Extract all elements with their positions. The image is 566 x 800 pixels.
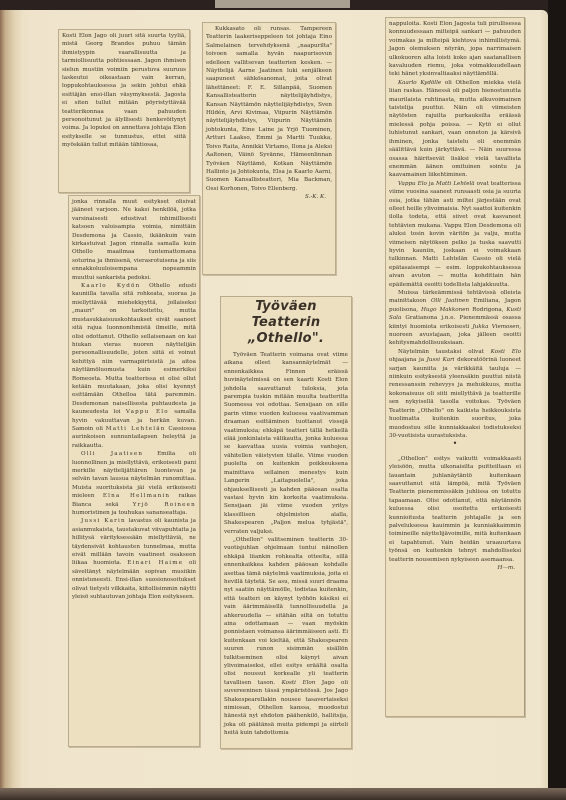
signature: H—m.	[389, 564, 521, 572]
person-name: Hugo Makkonen	[421, 307, 469, 313]
article-paragraph: Näytelmän taustaksi olivat Kosti Elo ohj…	[389, 348, 521, 440]
article-paragraph: Kaarlo Kydölle oli Othellon miekka vielä…	[389, 79, 521, 180]
person-name: Jukka Viemosen	[473, 324, 520, 330]
clipping-paragraph: Olli Jaatisen Emilia oli luonnollinen ja…	[72, 450, 196, 517]
person-name: Olli Jaatisen	[81, 451, 143, 457]
scan-bottom-edge	[0, 788, 566, 800]
clipping-left-top: Kosti Elon Jago oli juuri sitä suurta ty…	[58, 29, 190, 193]
person-name: Olli Jaatinen	[431, 298, 469, 304]
person-name: Einari Haime	[127, 560, 183, 566]
clipping-middle-top: Kukkasato oli runsas. Tampereen Teatteri…	[202, 22, 336, 275]
section-separator: •	[389, 440, 521, 448]
person-name: Matti Lehtelä	[436, 181, 475, 187]
clipping-text: jonka rinnalla muut esitykset olisivat j…	[72, 198, 196, 282]
headline-line-2: „Othello".	[224, 331, 348, 347]
person-name: Jussi Karin	[81, 518, 126, 524]
scan-right-edge	[548, 0, 566, 800]
clipping-left-main: jonka rinnalla muut esitykset olisivat j…	[68, 195, 200, 747]
person-name: Kaarlo Kydön	[81, 283, 140, 289]
paper-strip	[215, 0, 350, 8]
person-name: Kosti Elo	[491, 349, 521, 355]
person-name: Vappu Elo	[398, 181, 427, 187]
clipping-paragraph: Jussi Karin lavastus oli kaunista ja asi…	[72, 517, 196, 601]
clipping-middle-article: Työväen Teatterin „Othello". Työväen Tea…	[220, 296, 352, 749]
person-name: Kosti Elon	[282, 680, 316, 686]
signature: S.-K. K.	[206, 193, 332, 201]
person-name: Vappu Elo	[126, 409, 169, 415]
person-name: Kaarlo Kydölle	[398, 80, 441, 86]
clipping-paragraph: Kaarlo Kydön Othello edusti kauniilla ta…	[72, 282, 196, 450]
article-headline: Työväen Teatterin „Othello".	[224, 299, 348, 347]
clipping-text: Kosti Elon Jago oli juuri sitä suurta ty…	[62, 32, 186, 150]
clipping-text: Kukkasato oli runsas. Tampereen Teatteri…	[206, 25, 332, 193]
article-paragraph: „Othellon" esitys vaikutti voimakkaasti …	[389, 455, 521, 564]
person-name: Matti Lehtelän	[106, 426, 166, 432]
book-spine	[0, 10, 22, 788]
person-name: Jussi Kari	[427, 357, 455, 363]
article-paragraph: Muissa tärkeämmissä tehtävissä olleista …	[389, 289, 521, 348]
article-paragraph: Vappu Elo ja Matti Lehtelä ovat teatteri…	[389, 180, 521, 289]
clipping-right-continuation: nappuloita. Kosti Elon Jagosta tuli piru…	[385, 17, 525, 717]
person-name: Elna Hellmanin	[103, 493, 170, 499]
person-name: Yrjö Roineen	[133, 502, 196, 508]
article-paragraph: Työväen Teatterin voimana ovat viime aik…	[224, 351, 348, 536]
headline-line-1: Työväen Teatterin	[224, 299, 348, 331]
article-paragraph: „Othellon" valitseminen teatterin 30-vuo…	[224, 536, 348, 738]
article-paragraph: nappuloita. Kosti Elon Jagosta tuli piru…	[389, 20, 521, 79]
